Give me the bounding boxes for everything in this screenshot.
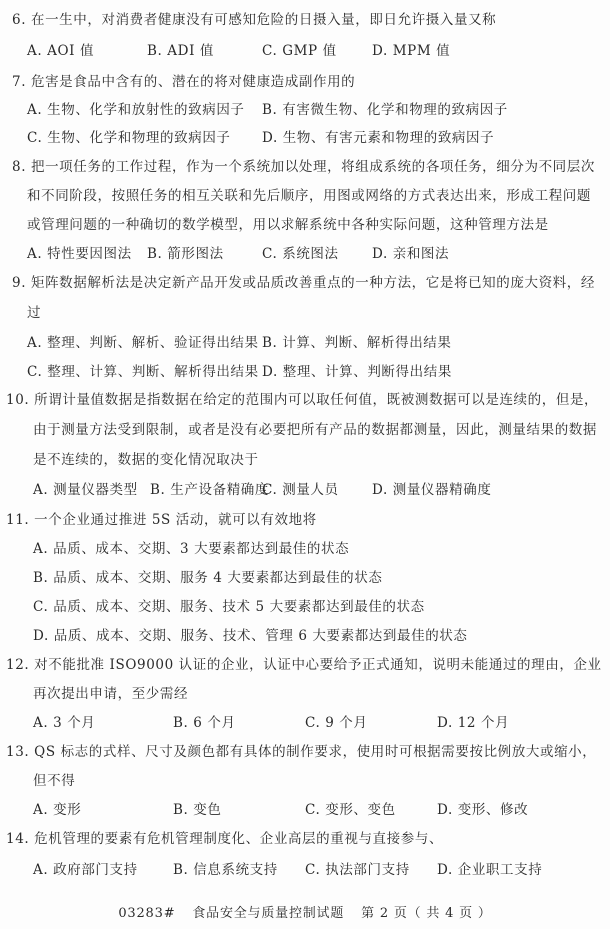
question-6-option-a: A. AOI 值: [27, 43, 94, 59]
question-9-option-c: C. 整理、计算、判断、解析得出结果: [27, 364, 259, 380]
question-7-option-d: D. 生物、有害元素和物理的致病因子: [262, 130, 494, 146]
question-14-option-d: D. 企业职工支持: [437, 862, 542, 878]
question-8-option-d: D. 亲和图法: [372, 246, 449, 262]
question-9-stem-line-2: 过: [27, 305, 41, 321]
question-7-option-a: A. 生物、化学和放射性的致病因子: [27, 102, 245, 118]
question-9-stem-line-1: 9. 矩阵数据解析法是决定新产品开发或品质改善重点的一种方法，它是将已知的庞大资…: [12, 275, 595, 291]
question-6-option-b: B. ADI 值: [147, 43, 214, 59]
question-10-stem-line-1: 10. 所谓计量值数据是指数据在给定的范围内可以取任何值，既被测数据可以是连续的…: [6, 392, 598, 408]
page-number: 第 2 页（ 共 4 页 ）: [361, 906, 492, 921]
question-14-stem: 14. 危机管理的要素有危机管理制度化、企业高层的重视与直接参与、: [6, 831, 443, 847]
exam-title: 食品安全与质量控制试题: [192, 906, 344, 921]
question-11-option-b: B. 品质、成本、交期、服务 4 大要素都达到最佳的状态: [33, 570, 382, 586]
question-10-option-a: A. 测量仪器类型: [33, 482, 138, 498]
question-8-option-a: A. 特性要因图法: [27, 246, 132, 262]
question-6-option-c: C. GMP 值: [262, 43, 337, 59]
question-13-option-c: C. 变形、变色: [305, 802, 396, 818]
question-10-option-c: C. 测量人员: [262, 482, 339, 498]
question-10-stem-line-3: 是不连续的，数据的变化情况取决于: [33, 452, 259, 468]
question-13-stem-line-2: 但不得: [33, 773, 75, 789]
question-6-stem: 6. 在一生中，对消费者健康没有可感知危险的日摄入量，即日允许摄入量又称: [12, 12, 496, 28]
question-7-option-b: B. 有害微生物、化学和物理的致病因子: [262, 102, 508, 118]
question-10-option-b: B. 生产设备精确度: [150, 482, 269, 498]
question-8-stem-line-1: 8. 把一项任务的工作过程，作为一个系统加以处理，将组成系统的各项任务，细分为不…: [12, 159, 595, 175]
exam-code: 03283#: [118, 906, 175, 921]
question-12-stem-line-1: 12. 对不能批准 ISO9000 认证的企业，认证中心要给予正式通知，说明未能…: [6, 657, 602, 673]
question-8-stem-line-2: 和不同阶段，按照任务的相互关联和先后顺序，用图或网络的方式表达出来，形成工程问题: [27, 188, 591, 204]
question-7-stem: 7. 危害是食品中含有的、潜在的将对健康造成副作用的: [12, 74, 355, 90]
page-footer: 03283# 食品安全与质量控制试题 第 2 页（ 共 4 页 ）: [0, 902, 610, 921]
question-12-option-a: A. 3 个月: [33, 715, 95, 731]
question-8-stem-line-3: 或管理问题的一种确切的数学模型，用以求解系统中各种实际问题，这种管理方法是: [27, 217, 549, 233]
question-13-option-a: A. 变形: [33, 802, 81, 818]
question-10-option-d: D. 测量仪器精确度: [372, 482, 491, 498]
question-9-option-a: A. 整理、判断、解析、验证得出结果: [27, 335, 259, 351]
question-9-option-d: D. 整理、计算、判断得出结果: [262, 364, 452, 380]
question-11-option-a: A. 品质、成本、交期、3 大要素都达到最佳的状态: [33, 541, 349, 557]
question-14-option-c: C. 执法部门支持: [305, 862, 410, 878]
question-12-option-c: C. 9 个月: [305, 715, 368, 731]
question-13-option-d: D. 变形、修改: [437, 802, 528, 818]
question-12-option-b: B. 6 个月: [173, 715, 236, 731]
question-13-stem-line-1: 13. QS 标志的式样、尺寸及颜色都有具体的制作要求，使用时可根据需要按比例放…: [6, 744, 596, 760]
question-11-option-d: D. 品质、成本、交期、服务、技术、管理 6 大要素都达到最佳的状态: [33, 628, 468, 644]
question-8-option-c: C. 系统图法: [262, 246, 339, 262]
exam-page: 6. 在一生中，对消费者健康没有可感知危险的日摄入量，即日允许摄入量又称 A. …: [0, 0, 610, 929]
question-6-option-d: D. MPM 值: [372, 43, 450, 59]
question-12-option-d: D. 12 个月: [437, 715, 509, 731]
question-12-stem-line-2: 再次提出申请，至少需经: [33, 686, 188, 702]
question-14-option-b: B. 信息系统支持: [173, 862, 278, 878]
question-10-stem-line-2: 由于测量方法受到限制，或者是没有必要把所有产品的数据都测量，因此，测量结果的数据: [33, 422, 597, 438]
question-9-option-b: B. 计算、判断、解析得出结果: [262, 335, 452, 351]
question-14-option-a: A. 政府部门支持: [33, 862, 138, 878]
question-13-option-b: B. 变色: [173, 802, 222, 818]
question-11-stem: 11. 一个企业通过推进 5S 活动，就可以有效地将: [6, 512, 317, 528]
question-11-option-c: C. 品质、成本、交期、服务、技术 5 大要素都达到最佳的状态: [33, 599, 425, 615]
question-7-option-c: C. 生物、化学和物理的致病因子: [27, 130, 231, 146]
question-8-option-b: B. 箭形图法: [147, 246, 224, 262]
